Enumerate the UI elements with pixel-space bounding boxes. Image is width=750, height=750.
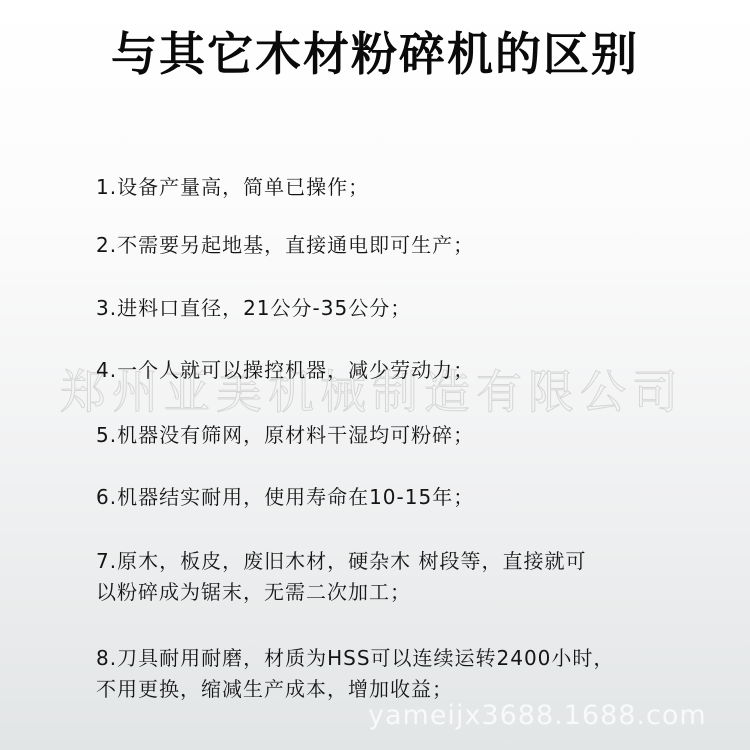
feature-item-7-line-2: 以粉碎成为锯末，无需二次加工；: [96, 577, 411, 608]
feature-item-3: 3.进料口直径，21公分-35公分；: [96, 293, 411, 324]
feature-item-6: 6.机器结实耐用，使用寿命在10-15年；: [96, 482, 474, 513]
feature-item-2: 2.不需要另起地基，直接通电即可生产；: [96, 230, 474, 261]
feature-item-5: 5.机器没有筛网，原材料干湿均可粉碎；: [96, 420, 474, 451]
feature-item-8-line-1: 8.刀具耐用耐磨，材质为HSS可以连续运转2400小时，: [96, 643, 614, 674]
feature-item-8-line-2: 不用更换，缩减生产成本，增加收益；: [96, 674, 453, 705]
feature-item-7-line-1: 7.原木，板皮，废旧木材，硬杂木 树段等，直接就可: [96, 546, 586, 577]
feature-item-1: 1.设备产量高，简单已操作；: [96, 172, 369, 203]
page-title: 与其它木材粉碎机的区别: [0, 18, 750, 84]
feature-item-4: 4.一个人就可以操控机器，减少劳动力；: [96, 355, 474, 386]
